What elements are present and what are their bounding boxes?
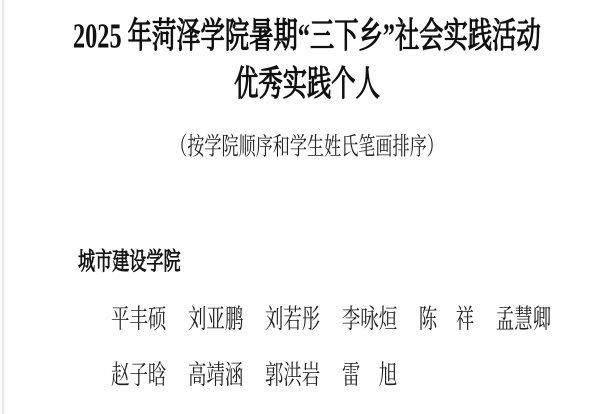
name-row-2-content: 赵子晗 高靖涵 郭洪岩 雷 旭 [111, 363, 397, 390]
scan-edge-artifact [2, 0, 4, 414]
document-subtitle: （按学院顺序和学生姓氏笔画排序） [0, 135, 614, 154]
name-row-1-content: 平丰硕 刘亚鹏 刘若彤 李咏烜 陈 祥 孟慧卿 [111, 307, 551, 334]
student-name: 郭洪岩 [265, 363, 320, 390]
student-name: 赵子晗 [111, 363, 166, 390]
name-row-2: 赵子晗 高靖涵 郭洪岩 雷 旭 [111, 363, 429, 384]
document-title-line-1: 2025 年菏泽学院暑期“三下乡”社会实践活动 [0, 19, 614, 46]
document-title-line-2: 优秀实践个人 [0, 67, 614, 94]
student-name: 刘若彤 [265, 307, 320, 334]
student-name: 平丰硕 [111, 307, 166, 334]
section-heading-text: 城市建设学院 [78, 250, 181, 275]
student-name: 孟慧卿 [496, 307, 551, 334]
student-name: 高靖涵 [188, 363, 243, 390]
student-name: 雷 旭 [342, 363, 397, 390]
section-heading-row: 城市建设学院 [78, 250, 192, 269]
subtitle-text: （按学院顺序和学生姓氏笔画排序） [170, 135, 444, 160]
student-name: 陈 祥 [419, 307, 474, 334]
name-row-1: 平丰硕 刘亚鹏 刘若彤 李咏烜 陈 祥 孟慧卿 [111, 307, 600, 328]
student-name: 刘亚鹏 [188, 307, 243, 334]
title-text-line-1: 2025 年菏泽学院暑期“三下乡”社会实践活动 [73, 19, 541, 54]
document-page: 2025 年菏泽学院暑期“三下乡”社会实践活动 优秀实践个人 （按学院顺序和学生… [0, 0, 614, 414]
title-text-line-2: 优秀实践个人 [234, 67, 380, 102]
student-name: 李咏烜 [342, 307, 397, 334]
